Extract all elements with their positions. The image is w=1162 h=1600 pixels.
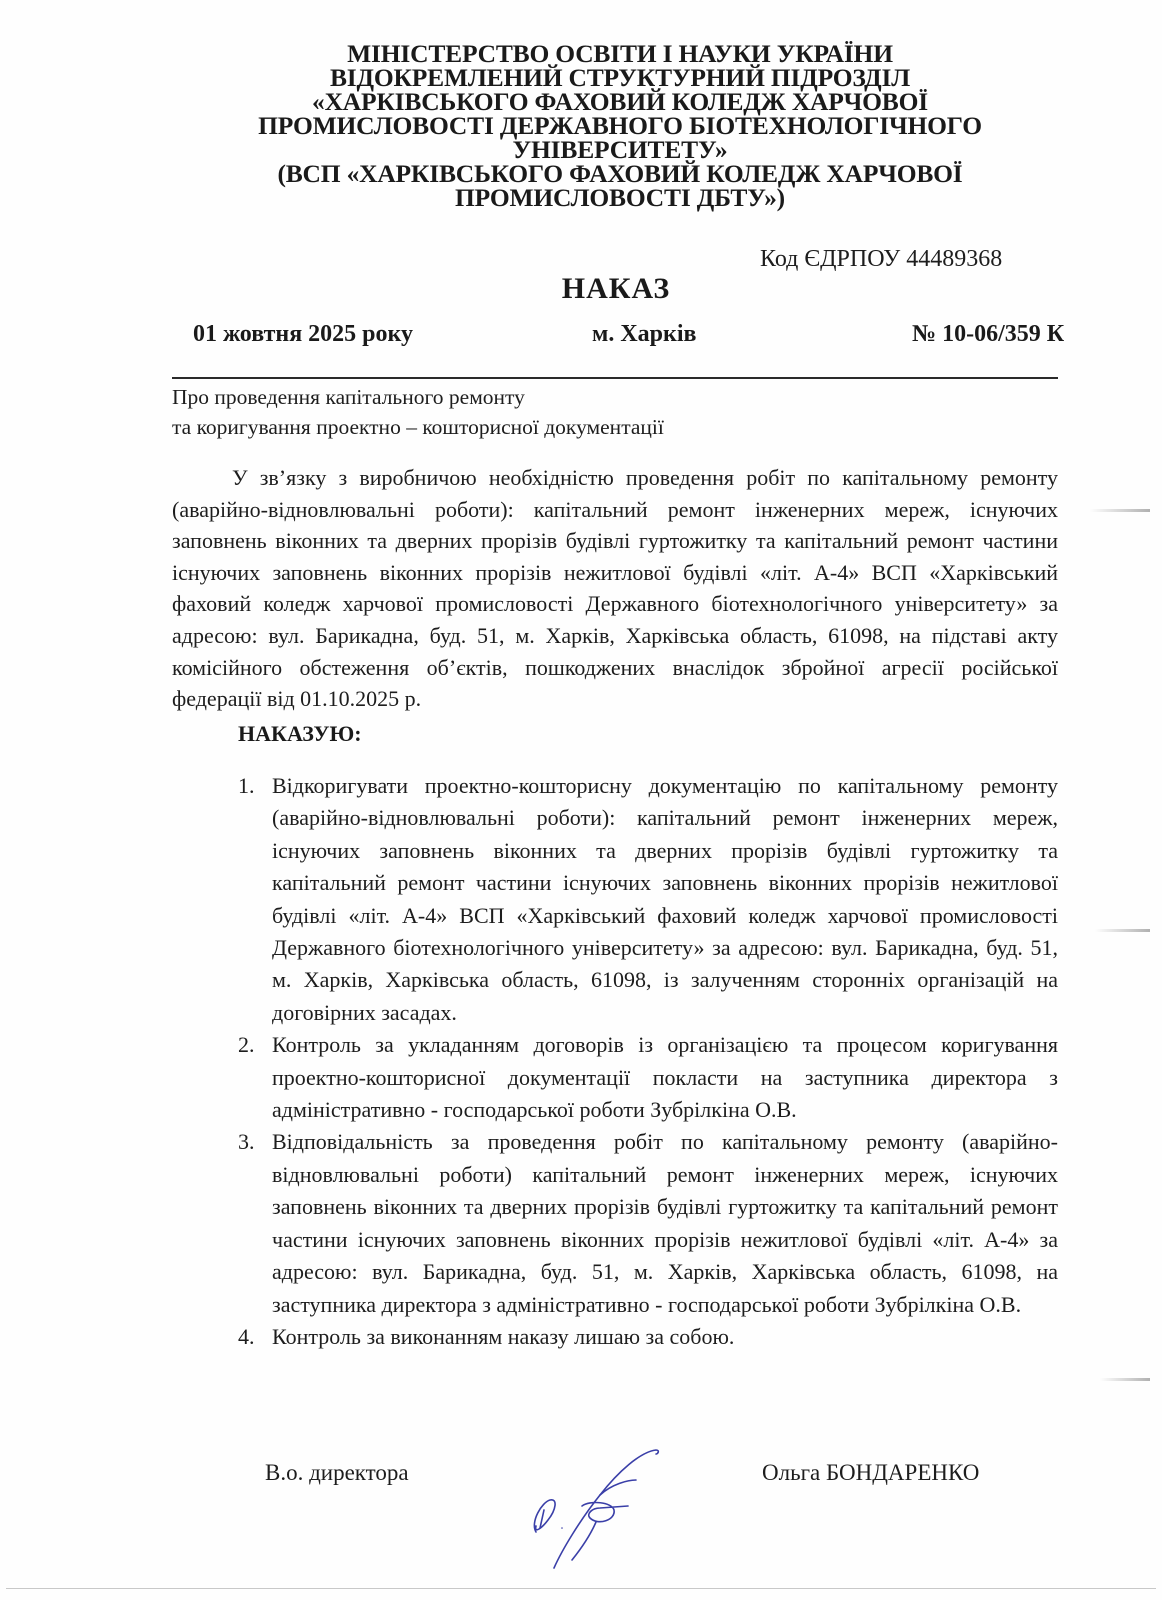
handwritten-signature-icon: [500, 1410, 700, 1570]
preamble-paragraph: У зв’язку з виробничою необхідністю пров…: [172, 462, 1058, 715]
scan-mark: [1090, 509, 1150, 512]
order-title: НАКАЗ: [0, 272, 1162, 306]
item-number: 3.: [238, 1126, 255, 1158]
scan-mark: [1100, 1378, 1150, 1381]
order-city: м. Харків: [592, 321, 696, 348]
signatory-name: Ольга БОНДАРЕНКО: [762, 1460, 979, 1486]
order-subject: Про проведення капітального ремонту та к…: [172, 382, 664, 442]
subject-line: Про проведення капітального ремонту: [172, 382, 664, 412]
scan-mark: [1095, 929, 1150, 932]
directive-item: 2. Контроль за укладанням договорів із о…: [238, 1029, 1058, 1126]
order-date: 01 жовтня 2025 року: [193, 321, 413, 348]
order-number: № 10-06/359 К: [912, 321, 1064, 348]
header-divider: [172, 377, 1058, 379]
signatory-role: В.о. директора: [265, 1460, 409, 1486]
item-text: Відповідальність за проведення робіт по …: [272, 1129, 1058, 1316]
directive-item: 3. Відповідальність за проведення робіт …: [238, 1126, 1058, 1320]
directive-item: 1. Відкоригувати проектно-кошторисну док…: [238, 770, 1058, 1029]
directive-label: НАКАЗУЮ:: [238, 721, 362, 747]
subject-line: та коригування проектно – кошторисної до…: [172, 412, 664, 442]
edrpou-code: Код ЄДРПОУ 44489368: [760, 246, 1002, 273]
item-number: 2.: [238, 1029, 255, 1061]
page-edge-line: [6, 1588, 1156, 1589]
letterhead-line: ПРОМИСЛОВОСТІ ДБТУ»): [170, 186, 1070, 210]
document-page: МІНІСТЕРСТВО ОСВІТИ І НАУКИ УКРАЇНИ ВІДО…: [0, 0, 1162, 1600]
item-number: 1.: [238, 770, 255, 802]
item-number: 4.: [238, 1321, 255, 1353]
directive-list: 1. Відкоригувати проектно-кошторисну док…: [238, 770, 1058, 1353]
item-text: Контроль за виконанням наказу лишаю за с…: [272, 1324, 734, 1349]
directive-item: 4. Контроль за виконанням наказу лишаю з…: [238, 1321, 1058, 1353]
letterhead: МІНІСТЕРСТВО ОСВІТИ І НАУКИ УКРАЇНИ ВІДО…: [170, 42, 1070, 210]
item-text: Відкоригувати проектно-кошторисну докуме…: [272, 773, 1058, 1025]
item-text: Контроль за укладанням договорів із орга…: [272, 1032, 1058, 1122]
